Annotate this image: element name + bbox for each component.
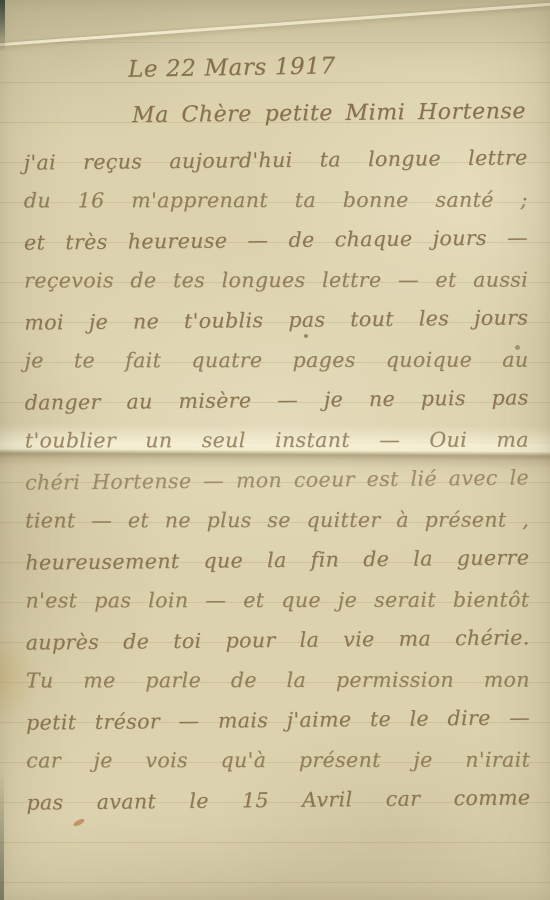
letter-line: danger au misère — je ne puis pas xyxy=(24,377,528,422)
letter-line: du 16 m'apprenant ta bonne santé ; xyxy=(24,180,528,221)
letter-line: pas avant le 15 Avril car comme xyxy=(26,777,530,822)
letter-line: et très heureuse — de chaque jours — xyxy=(24,217,528,262)
paper-crease-top xyxy=(0,1,550,47)
letter-line: moi je ne t'oublis pas tout les jours xyxy=(24,297,528,342)
letter-line: heureusement que la fin de la guerre xyxy=(25,537,529,582)
salutation-line: Ma Chère petite Mimi Hortense xyxy=(132,92,526,136)
letter-line: reçevois de tes longues lettre — et auss… xyxy=(24,260,528,301)
letter-line: tient — et ne plus se quitter à présent … xyxy=(25,500,529,541)
letter-line: chéri Hortense — mon coeur est lié avec … xyxy=(25,457,529,502)
letter-line: j'ai reçus aujourd'hui ta longue lettre xyxy=(23,137,527,182)
letter-line: t'oublier un seul instant — Oui ma xyxy=(25,420,529,461)
paper-edge-left-top xyxy=(0,0,5,52)
letter-line: Tu me parle de la permission mon xyxy=(26,660,530,701)
letter-body: j'ai reçus aujourd'hui ta longue lettre … xyxy=(24,139,531,821)
letter-line: je te fait quatre pages quoique au xyxy=(24,340,528,381)
letter-line: car je vois qu'à présent je n'irait xyxy=(26,740,530,781)
letter-line: auprès de toi pour la vie ma chérie. xyxy=(26,617,530,662)
letter-line: petit trésor — mais j'aime te le dire — xyxy=(26,697,530,742)
paper-edge-left-bottom xyxy=(0,770,4,900)
date-line: Le 22 Mars 1917 xyxy=(128,46,336,90)
letter-page: Le 22 Mars 1917 Ma Chère petite Mimi Hor… xyxy=(0,0,550,900)
letter-line: n'est pas loin — et que je serait bientô… xyxy=(25,580,529,621)
